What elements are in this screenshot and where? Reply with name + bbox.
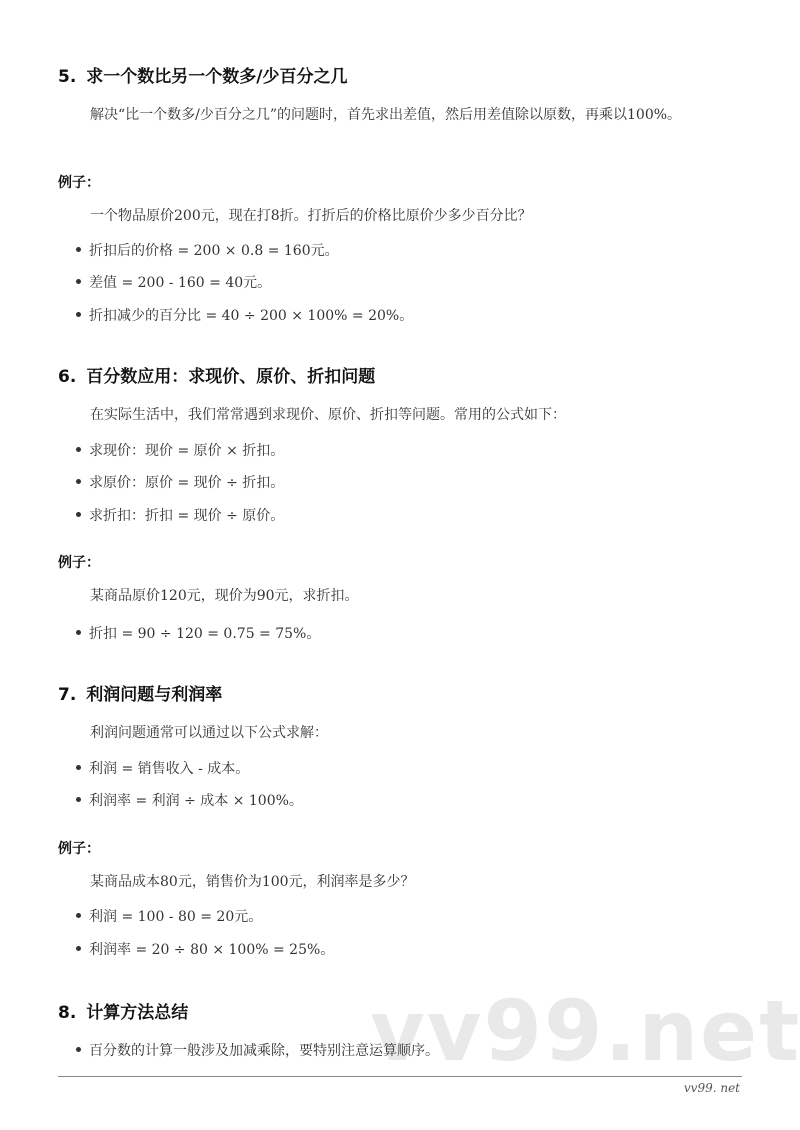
list-item: 折扣减少的百分比 = 40 ÷ 200 × 100% = 20%。	[76, 305, 413, 325]
example-question: 某商品成本80元，销售价为100元，利润率是多少？	[90, 871, 415, 891]
bullet-icon	[76, 946, 81, 951]
section-6-heading: 6.百分数应用：求现价、原价、折扣问题	[58, 362, 375, 387]
list-item: 利润 = 100 - 80 = 20元。	[76, 906, 262, 926]
bullet-icon	[76, 797, 81, 802]
bullet-icon	[76, 512, 81, 517]
bullet-icon	[76, 765, 81, 770]
section-number: 7.	[58, 685, 76, 705]
footer-divider	[58, 1076, 742, 1077]
list-item: 利润率 = 20 ÷ 80 × 100% = 25%。	[76, 939, 334, 959]
bullet-icon	[76, 913, 81, 918]
example-question: 某商品原价120元，现价为90元，求折扣。	[90, 585, 359, 605]
example-question: 一个物品原价200元，现在打8折。打折后的价格比原价少多少百分比？	[90, 205, 532, 225]
section-title: 计算方法总结	[86, 1003, 188, 1023]
example-label: 例子：	[58, 552, 100, 572]
section-number: 8.	[58, 1003, 76, 1023]
list-item: 求原价：原价 = 现价 ÷ 折扣。	[76, 472, 284, 492]
section-5-heading: 5.求一个数比另一个数多/少百分之几	[58, 62, 348, 87]
list-item: 折扣后的价格 = 200 × 0.8 = 160元。	[76, 240, 339, 260]
bullet-icon	[76, 447, 81, 452]
list-item: 差值 = 200 - 160 = 40元。	[76, 272, 271, 292]
section-title: 求一个数比另一个数多/少百分之几	[86, 67, 347, 87]
list-item: 百分数的计算一般涉及加减乘除，要特别注意运算顺序。	[76, 1040, 439, 1060]
section-7-intro: 利润问题通常可以通过以下公式求解：	[90, 722, 328, 742]
example-label: 例子：	[58, 838, 100, 858]
footer-site: vv99. net	[684, 1081, 740, 1095]
list-item: 求折扣：折扣 = 现价 ÷ 原价。	[76, 505, 284, 525]
list-item: 利润 = 销售收入 - 成本。	[76, 758, 249, 778]
watermark: vv99.net	[370, 982, 800, 1080]
list-item: 利润率 = 利润 ÷ 成本 × 100%。	[76, 790, 303, 810]
section-8-heading: 8.计算方法总结	[58, 998, 188, 1023]
section-5-intro: 解决“比一个数多/少百分之几”的问题时，首先求出差值，然后用差值除以原数，再乘以…	[58, 102, 748, 128]
document-page: vv99.net 5.求一个数比另一个数多/少百分之几 解决“比一个数多/少百分…	[0, 0, 800, 1130]
list-item: 求现价：现价 = 原价 × 折扣。	[76, 440, 284, 460]
bullet-icon	[76, 479, 81, 484]
section-7-heading: 7.利润问题与利润率	[58, 680, 222, 705]
section-number: 5.	[58, 67, 76, 87]
bullet-icon	[76, 312, 81, 317]
bullet-icon	[76, 279, 81, 284]
section-6-intro: 在实际生活中，我们常常遇到求现价、原价、折扣等问题。常用的公式如下：	[90, 404, 566, 424]
section-title: 百分数应用：求现价、原价、折扣问题	[86, 367, 375, 387]
section-number: 6.	[58, 367, 76, 387]
bullet-icon	[76, 1047, 81, 1052]
list-item: 折扣 = 90 ÷ 120 = 0.75 = 75%。	[76, 623, 320, 643]
section-title: 利润问题与利润率	[86, 685, 222, 705]
bullet-icon	[76, 247, 81, 252]
bullet-icon	[76, 630, 81, 635]
example-label: 例子：	[58, 172, 100, 192]
